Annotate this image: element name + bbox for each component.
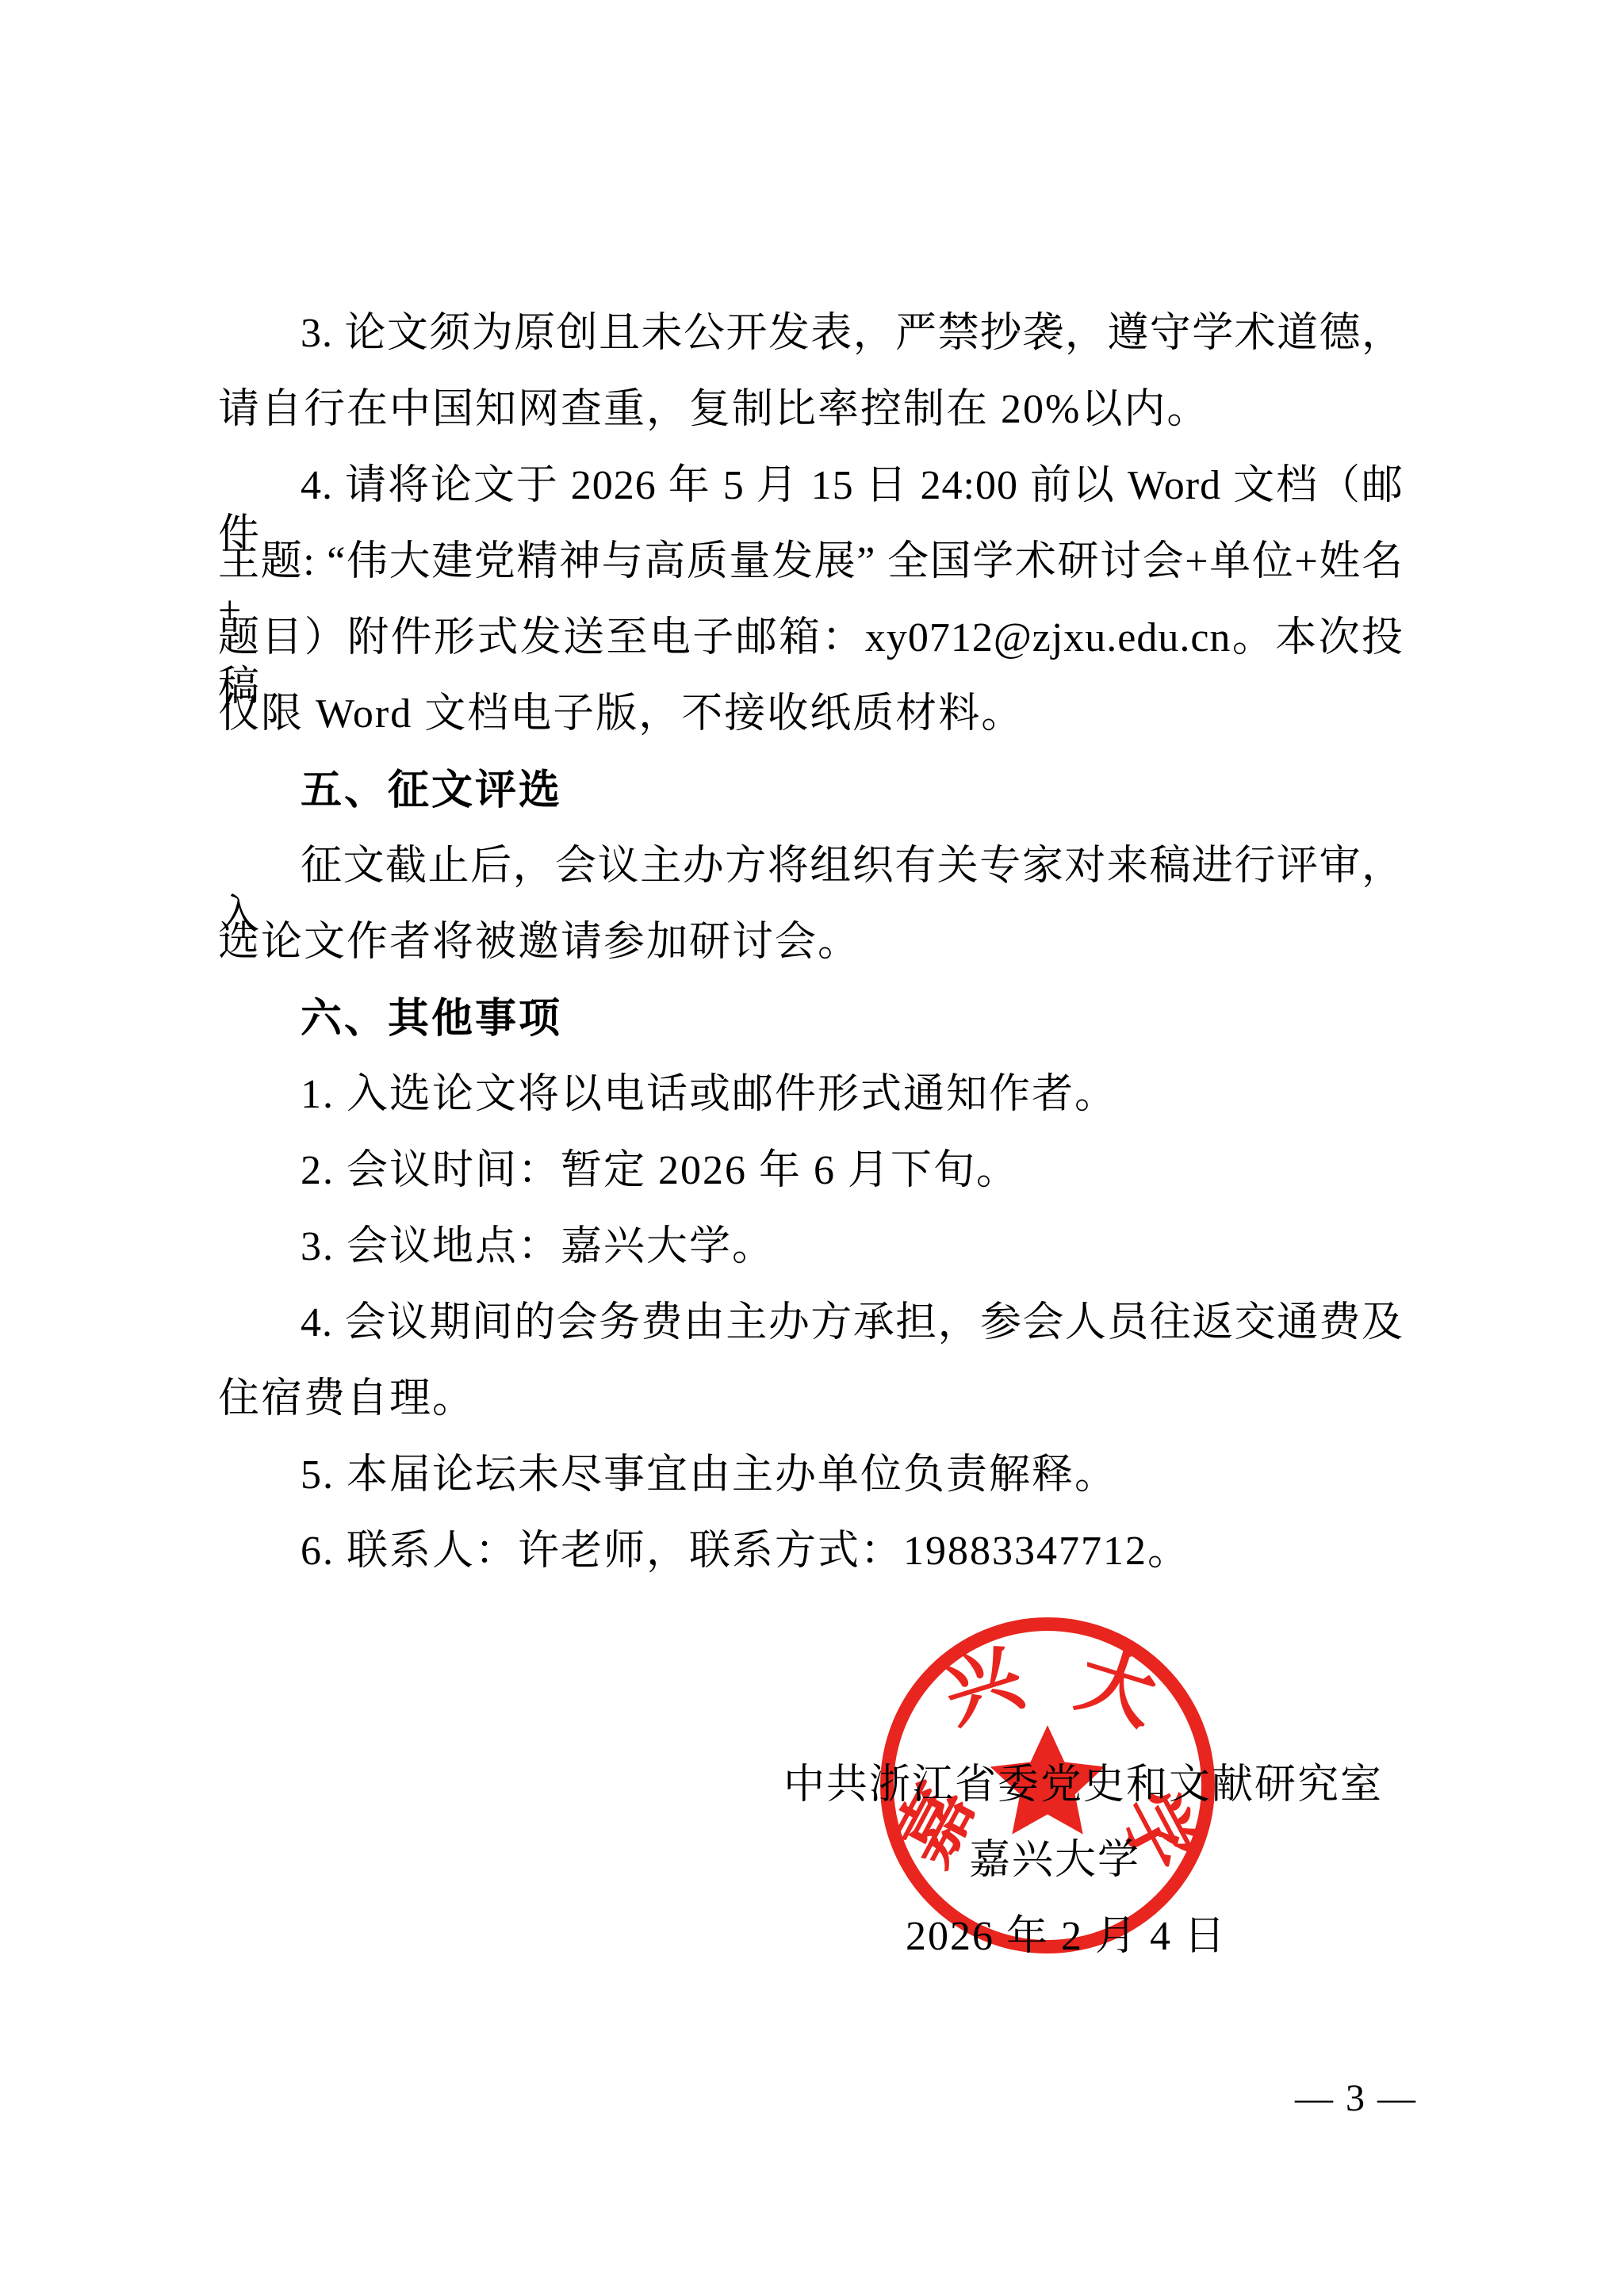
body-line: 选论文作者将被邀请参加研讨会。 (218, 918, 1404, 967)
body-line: 仅限 Word 文档电子版，不接收纸质材料。 (218, 690, 1404, 739)
body-line: 2. 会议时间：暂定 2026 年 6 月下旬。 (218, 1146, 1404, 1196)
page-number: — 3 — (1277, 2074, 1435, 2123)
body-line: 6. 联系人：许老师，联系方式：19883347712。 (218, 1527, 1404, 1576)
body-line: 3. 论文须为原创且未公开发表，严禁抄袭，遵守学术道德， (218, 309, 1404, 358)
official-seal: 嘉 兴 大 学 (880, 1617, 1215, 1954)
body-line: 3. 会议地点：嘉兴大学。 (218, 1223, 1404, 1272)
body-line: 4. 会议期间的会务费由主办方承担，参会人员往返交通费及 (218, 1299, 1404, 1348)
body-line: 题目）附件形式发送至电子邮箱：xy0712@zjxu.edu.cn。本次投稿 (218, 614, 1404, 663)
document-page: 3. 论文须为原创且未公开发表，严禁抄袭，遵守学术道德， 请自行在中国知网查重，… (0, 0, 1624, 2296)
body-line: 征文截止后，会议主办方将组织有关专家对来稿进行评审，入 (218, 842, 1404, 891)
section-heading: 五、征文评选 (218, 766, 1404, 815)
section-heading: 六、其他事项 (218, 994, 1404, 1043)
body-line: 1. 入选论文将以电话或邮件形式通知作者。 (218, 1070, 1404, 1119)
body-line: 主题: “伟大建党精神与高质量发展” 全国学术研讨会+单位+姓名+ (218, 538, 1404, 587)
body-line: 4. 请将论文于 2026 年 5 月 15 日 24:00 前以 Word 文… (218, 461, 1404, 511)
body-line: 住宿费自理。 (218, 1375, 1404, 1424)
body-line: 请自行在中国知网查重，复制比率控制在 20%以内。 (218, 385, 1404, 434)
body-line: 5. 本届论坛未尽事宜由主办单位负责解释。 (218, 1451, 1404, 1500)
